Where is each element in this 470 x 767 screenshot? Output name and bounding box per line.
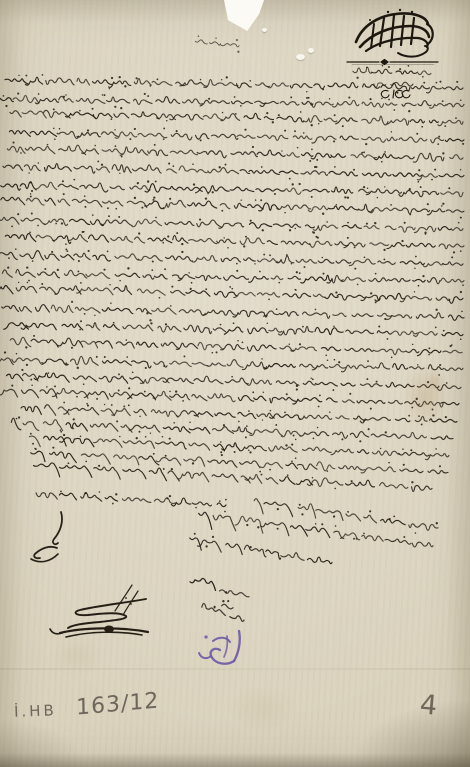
signature-flourish (50, 599, 148, 637)
paper-tear-speck (308, 48, 314, 53)
paper-tear-speck (296, 54, 305, 60)
official-title-lines (190, 579, 249, 622)
page-number: 4 (419, 689, 439, 721)
body-text (0, 74, 464, 564)
header-note (195, 35, 239, 52)
signature-left (31, 512, 62, 562)
ink-layer (0, 0, 470, 767)
archive-code-prefix: İ.HB (14, 701, 57, 720)
paper-tear-speck (262, 28, 267, 32)
document-page: İ.HB 163/12 4 (0, 0, 470, 767)
stamp-paraf (199, 631, 240, 664)
